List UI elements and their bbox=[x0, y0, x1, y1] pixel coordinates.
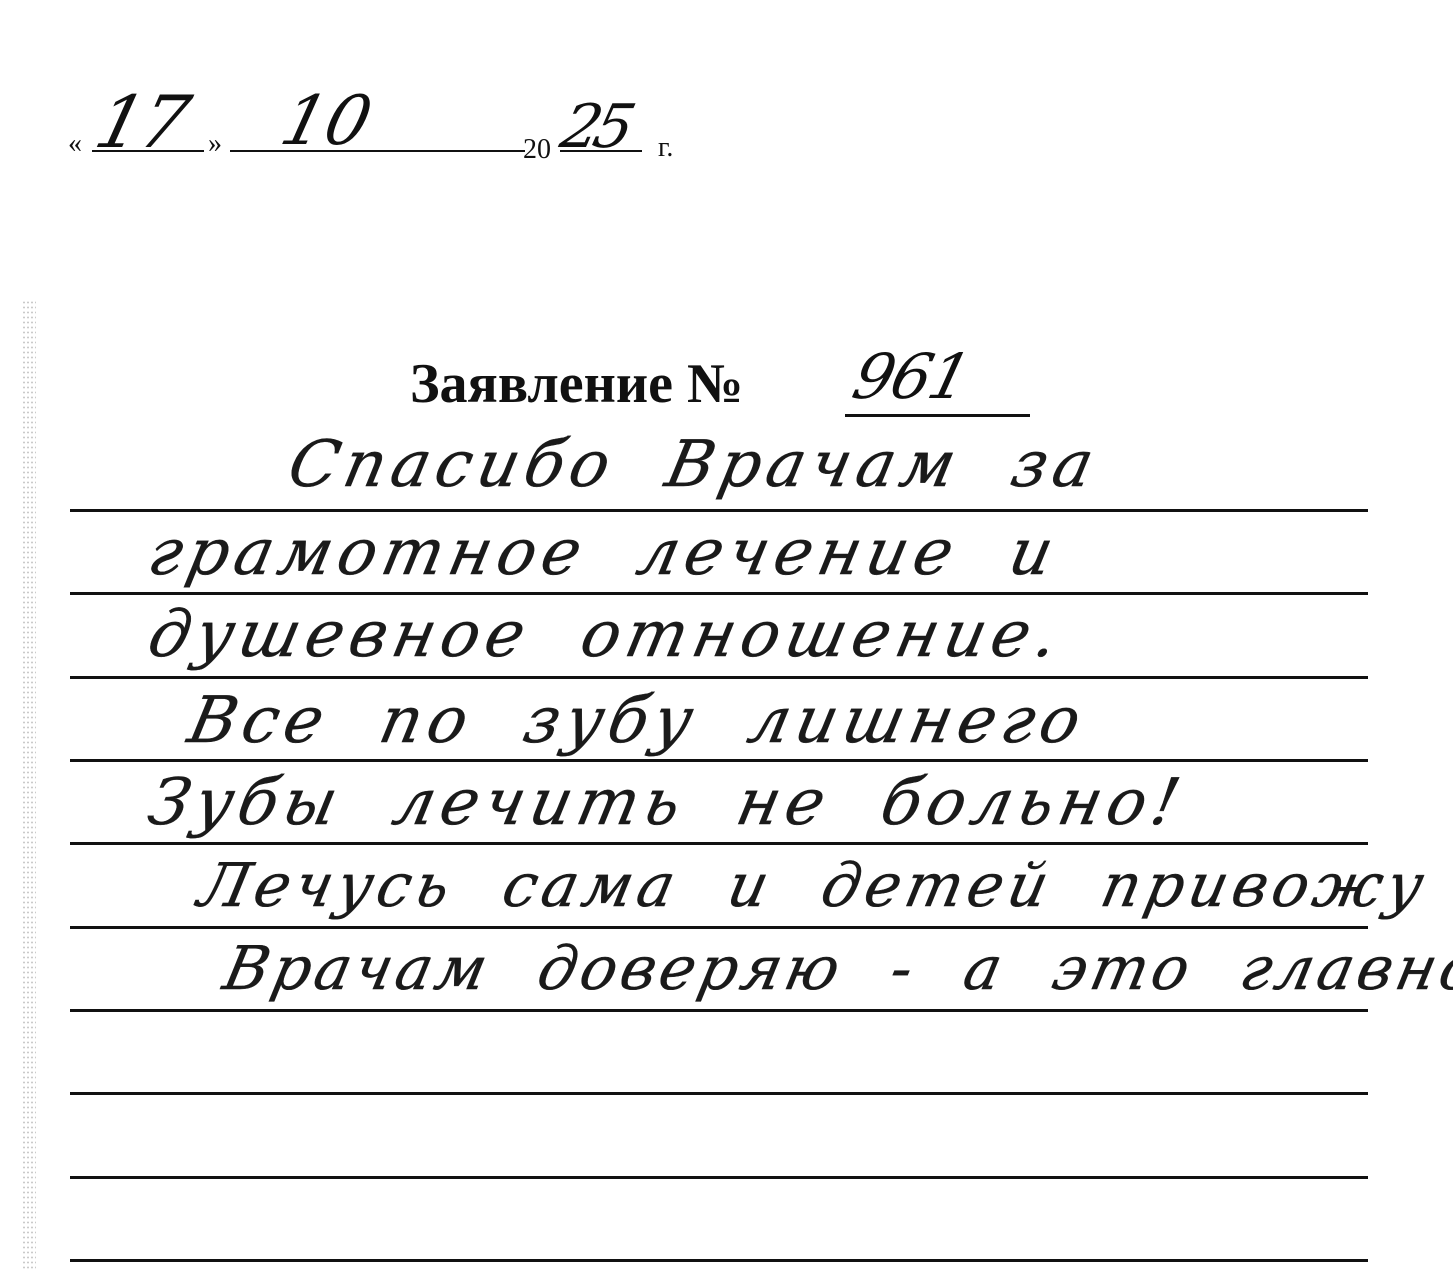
handwritten-line: Все по зубу лишнего bbox=[182, 684, 1093, 758]
handwritten-line: грамотное лечение и bbox=[142, 516, 1066, 590]
date-year-prefix: 20 bbox=[523, 134, 551, 166]
date-open-quote: « bbox=[68, 128, 82, 160]
ruled-line bbox=[70, 1092, 1368, 1095]
day-underline bbox=[92, 150, 204, 152]
application-form-page: « 17 » 10 20 25 г. Заявление № 961 Спаси… bbox=[0, 0, 1453, 1269]
ruled-line bbox=[70, 1259, 1368, 1262]
date-year-label: г. bbox=[658, 132, 673, 164]
year-underline bbox=[560, 150, 642, 152]
scan-edge-noise bbox=[22, 300, 36, 1269]
ruled-line bbox=[70, 1009, 1368, 1012]
date-close-quote: » bbox=[208, 128, 222, 160]
ruled-line bbox=[70, 592, 1368, 595]
ruled-line bbox=[70, 842, 1368, 845]
handwritten-line: Врачам доверяю - а это главное. bbox=[218, 934, 1453, 1004]
handwritten-line: Лечусь сама и детей привожу bbox=[193, 851, 1435, 921]
ruled-line bbox=[70, 759, 1368, 762]
application-number-underline bbox=[845, 414, 1030, 417]
month-underline bbox=[230, 150, 525, 152]
ruled-line bbox=[70, 1176, 1368, 1179]
ruled-line bbox=[70, 676, 1368, 679]
page-title: Заявление № bbox=[410, 352, 743, 416]
date-line: « 17 » 10 20 25 г. bbox=[68, 70, 708, 170]
handwritten-line: Зубы лечить не больно! bbox=[142, 766, 1192, 840]
ruled-line bbox=[70, 926, 1368, 929]
handwritten-line: Спасибо Врачам за bbox=[282, 428, 1106, 502]
handwritten-line: душевное отношение. bbox=[142, 598, 1070, 672]
ruled-line bbox=[70, 509, 1368, 512]
application-number: 961 bbox=[846, 340, 977, 413]
